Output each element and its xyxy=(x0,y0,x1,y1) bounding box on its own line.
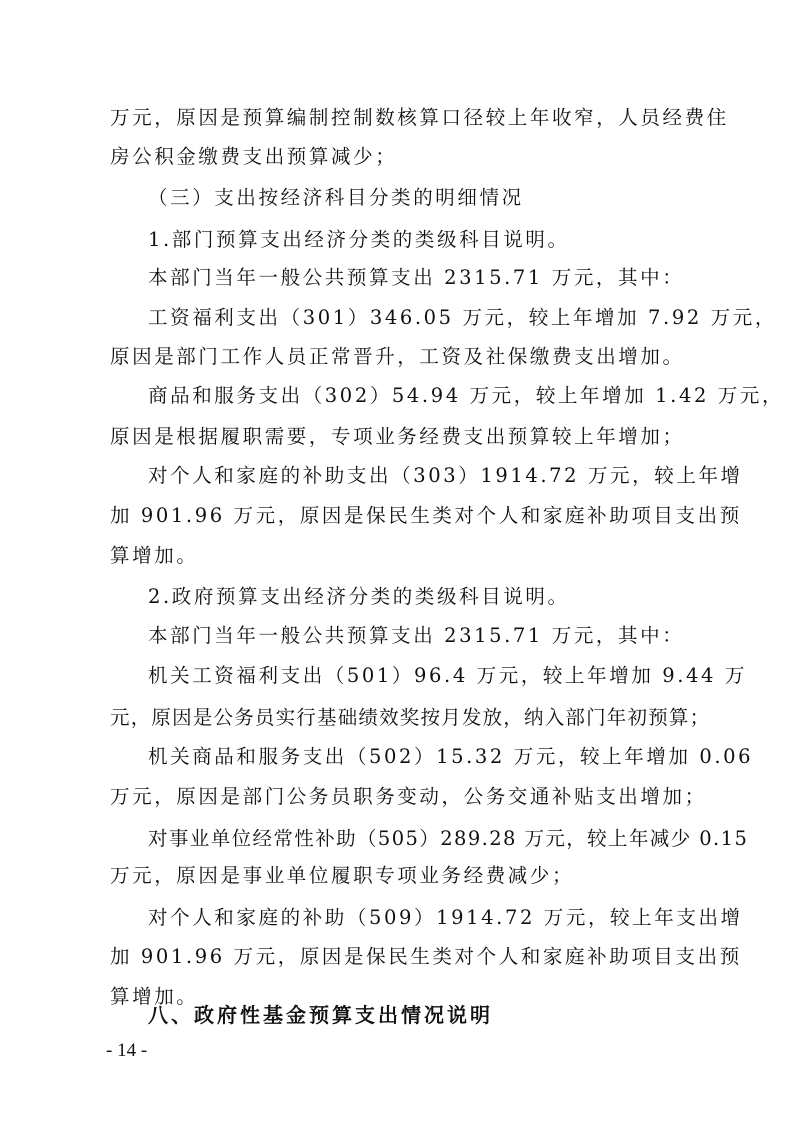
paragraph-line: 工资福利支出（301）346.05 万元，较上年增加 7.92 万元， xyxy=(148,306,688,330)
paragraph-line: 对个人和家庭的补助（509）1914.72 万元，较上年支出增 xyxy=(148,906,688,930)
paragraph-line: 机关工资福利支出（501）96.4 万元，较上年增加 9.44 万 xyxy=(148,664,688,688)
paragraph-line: 房公积金缴费支出预算减少； xyxy=(110,145,688,169)
paragraph-line: 机关商品和服务支出（502）15.32 万元，较上年增加 0.06 xyxy=(148,745,688,769)
paragraph-line: 万元，原因是部门公务员职务变动，公务交通补贴支出增加； xyxy=(110,785,688,809)
item-title: 1.部门预算支出经济分类的类级科目说明。 xyxy=(148,228,688,252)
paragraph-line: 加 901.96 万元，原因是保民生类对个人和家庭补助项目支出预 xyxy=(110,945,688,969)
paragraph-line: 元，原因是公务员实行基础绩效奖按月发放，纳入部门年初预算； xyxy=(110,706,688,730)
paragraph-line: 加 901.96 万元，原因是保民生类对个人和家庭补助项目支出预 xyxy=(110,504,688,528)
section-heading: 八、政府性基金预算支出情况说明 xyxy=(148,1003,688,1027)
paragraph-line: 原因是根据履职需要，专项业务经费支出预算较上年增加； xyxy=(110,425,688,449)
paragraph-line: 对事业单位经常性补助（505）289.28 万元，较上年减少 0.15 xyxy=(148,827,688,851)
document-page: 万元，原因是预算编制控制数核算口径较上年收窄，人员经费住 房公积金缴费支出预算减… xyxy=(0,0,793,1122)
paragraph-line: 算增加。 xyxy=(110,544,688,568)
page-number: - 14 - xyxy=(106,1040,147,1062)
item-title: 2.政府预算支出经济分类的类级科目说明。 xyxy=(148,585,688,609)
paragraph-line: 本部门当年一般公共预算支出 2315.71 万元，其中： xyxy=(148,266,688,290)
subsection-title: （三）支出按经济科目分类的明细情况 xyxy=(148,186,688,210)
paragraph-line: 万元，原因是预算编制控制数核算口径较上年收窄，人员经费住 xyxy=(110,106,688,130)
paragraph-line: 原因是部门工作人员正常晋升，工资及社保缴费支出增加。 xyxy=(110,345,688,369)
paragraph-line: 本部门当年一般公共预算支出 2315.71 万元，其中： xyxy=(148,624,688,648)
paragraph-line: 对个人和家庭的补助支出（303）1914.72 万元，较上年增 xyxy=(148,464,688,488)
paragraph-line: 商品和服务支出（302）54.94 万元，较上年增加 1.42 万元， xyxy=(148,384,688,408)
paragraph-line: 万元，原因是事业单位履职专项业务经费减少； xyxy=(110,864,688,888)
